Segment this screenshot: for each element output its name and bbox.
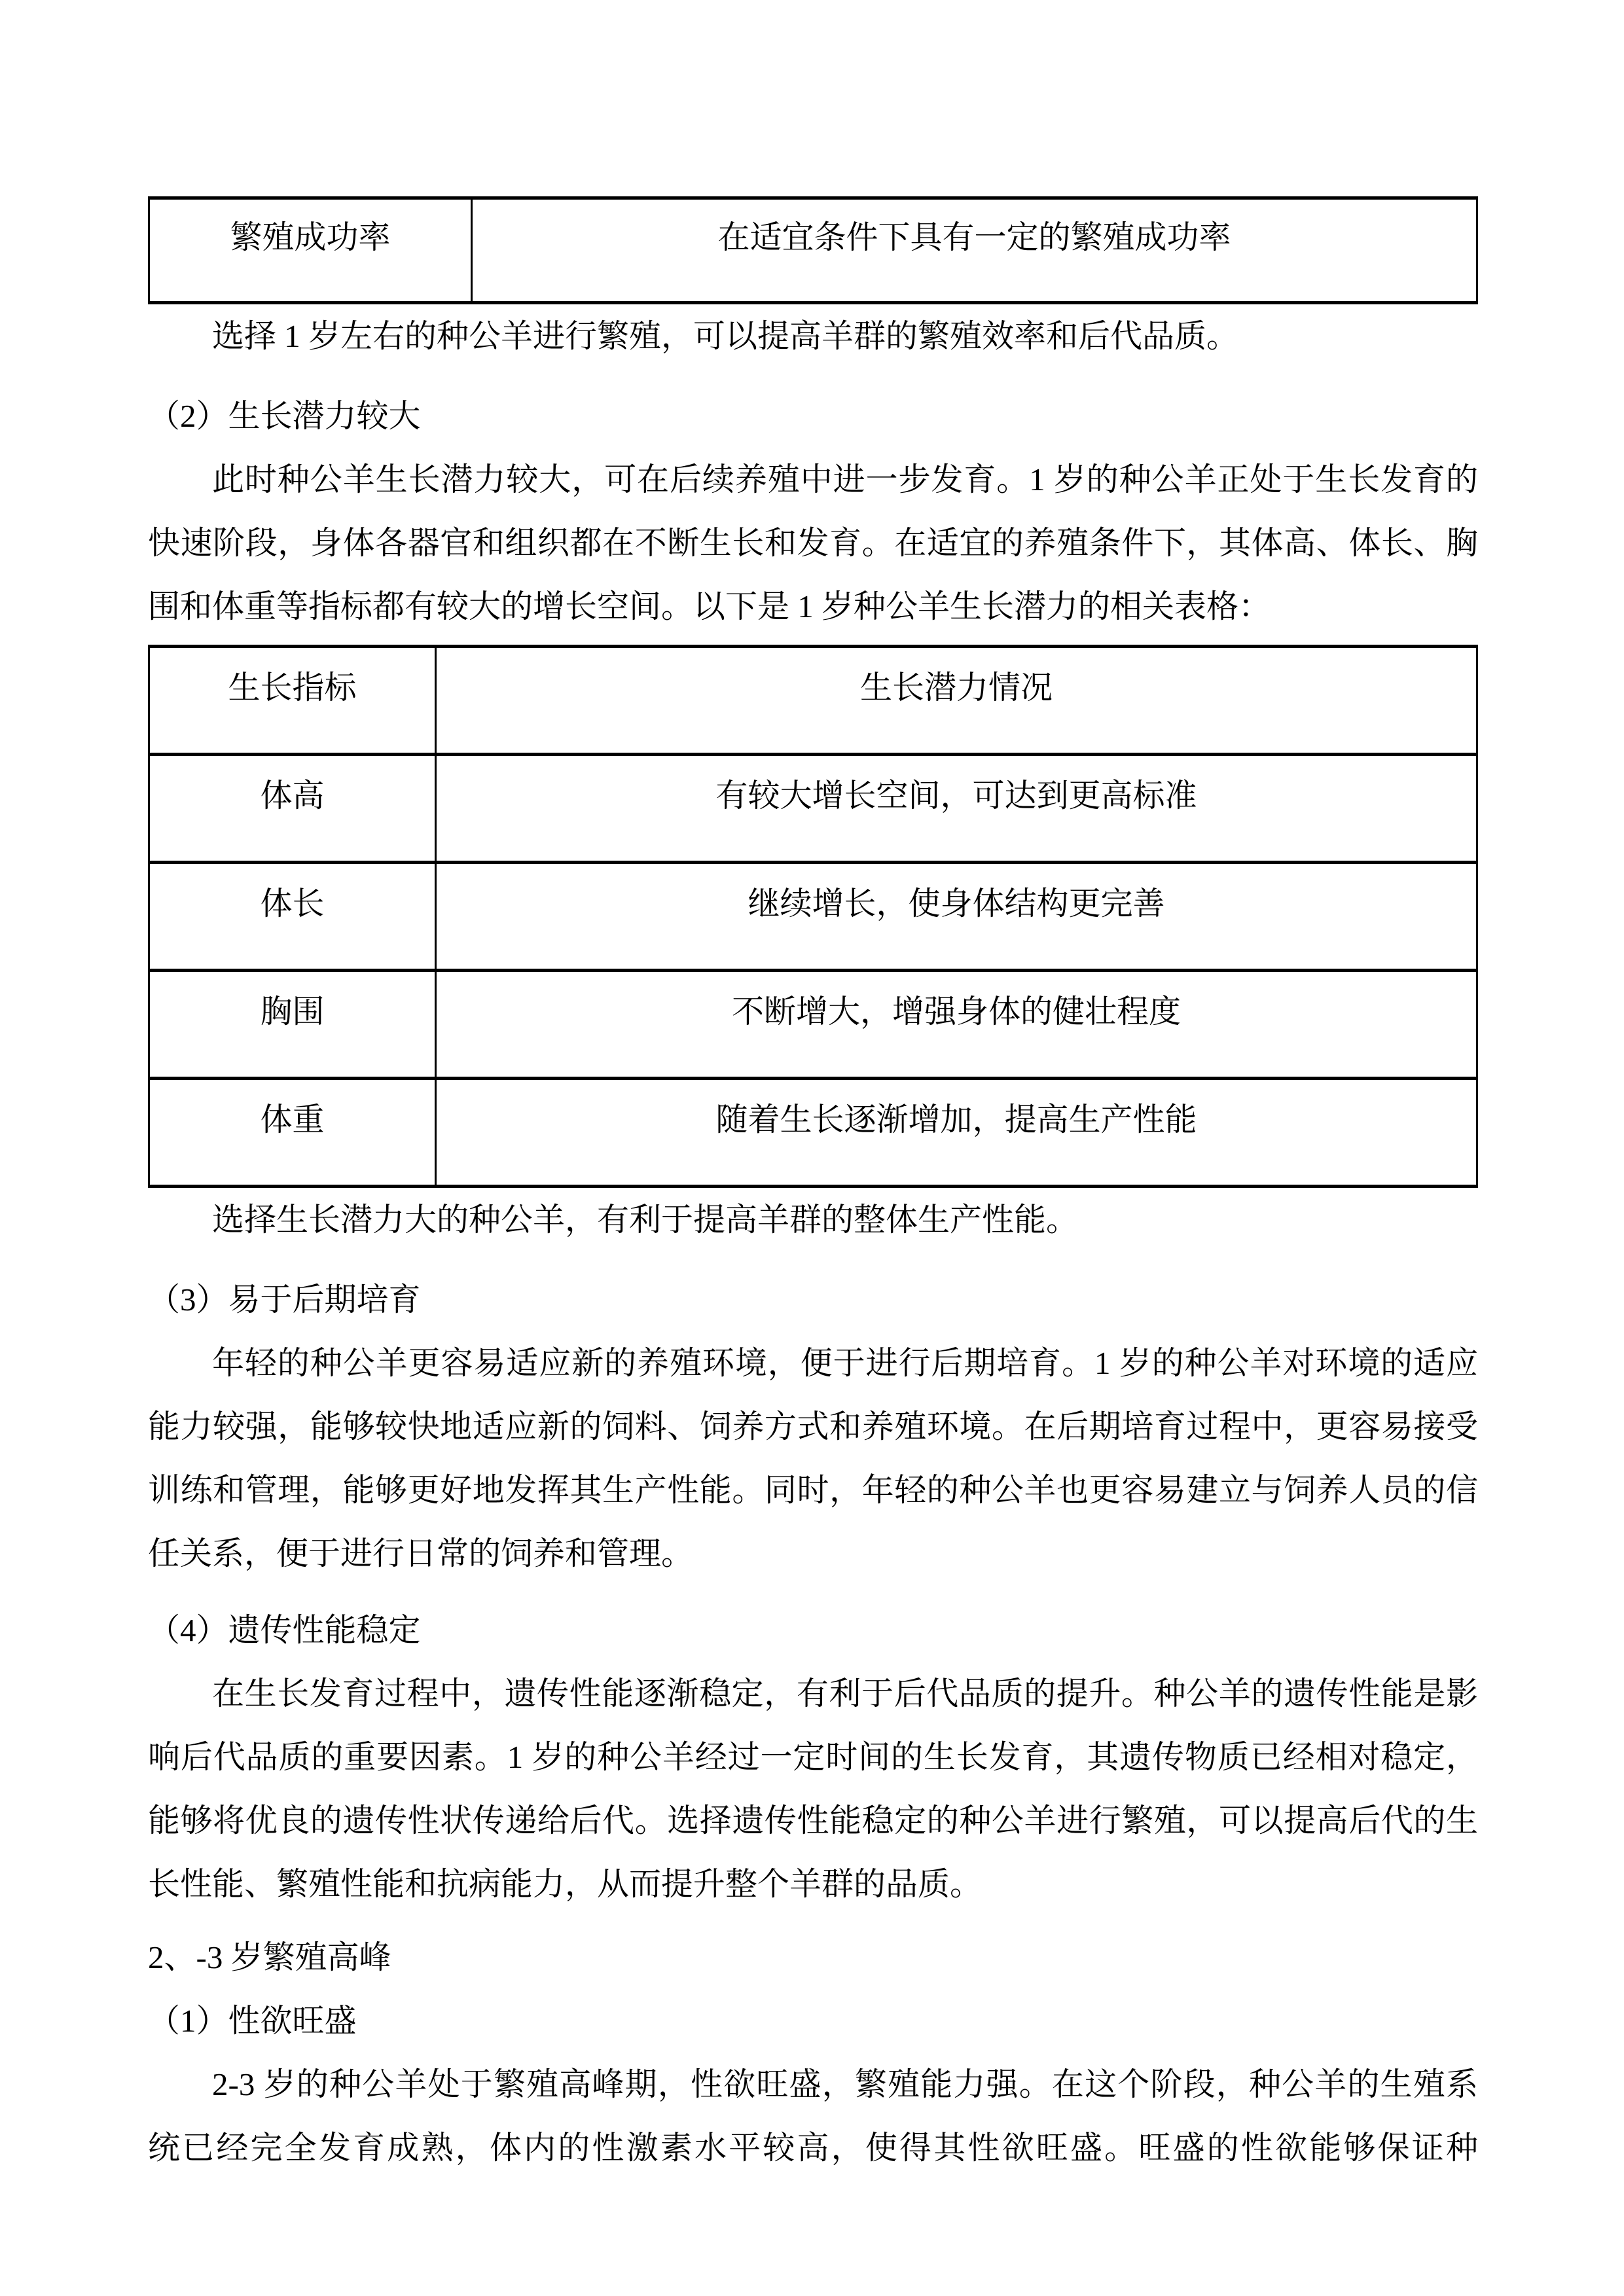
table-header-row: 生长指标 生长潜力情况 [149, 647, 1477, 755]
breeding-description-cell: 在适宜条件下具有一定的繁殖成功率 [472, 198, 1477, 303]
table-row: 体重 随着生长逐渐增加，提高生产性能 [149, 1079, 1477, 1187]
paragraph-genetic-stability: 在生长发育过程中，遗传性能逐渐稳定，有利于后代品质的提升。种公羊的遗传性能是影响… [148, 1662, 1478, 1916]
table-row: 繁殖成功率 在适宜条件下具有一定的繁殖成功率 [149, 198, 1477, 303]
growth-metric-cell: 体长 [149, 863, 436, 971]
document-content: 繁殖成功率 在适宜条件下具有一定的繁殖成功率 选择 1 岁左右的种公羊进行繁殖，… [148, 196, 1478, 2179]
growth-metric-cell: 体重 [149, 1079, 436, 1187]
paragraph-breeding-selection: 选择 1 岁左右的种公羊进行繁殖，可以提高羊群的繁殖效率和后代品质。 [148, 304, 1478, 368]
paragraph-late-cultivation: 年轻的种公羊更容易适应新的养殖环境，便于进行后期培育。1 岁的种公羊对环境的适应… [148, 1331, 1478, 1585]
growth-potential-table: 生长指标 生长潜力情况 体高 有较大增长空间，可达到更高标准 体长 继续增长，使… [148, 645, 1478, 1188]
paragraph-strong-libido: 2-3 岁的种公羊处于繁殖高峰期，性欲旺盛，繁殖能力强。在这个阶段，种公羊的生殖… [148, 2053, 1478, 2179]
paragraph-growth-selection: 选择生长潜力大的种公羊，有利于提高羊群的整体生产性能。 [148, 1188, 1478, 1251]
heading-growth-potential: （2）生长潜力较大 [148, 384, 1478, 448]
heading-late-cultivation: （3）易于后期培育 [148, 1268, 1478, 1331]
growth-description-cell: 有较大增长空间，可达到更高标准 [436, 755, 1477, 863]
heading-genetic-stability: （4）遗传性能稳定 [148, 1598, 1478, 1662]
document-page: 繁殖成功率 在适宜条件下具有一定的繁殖成功率 选择 1 岁左右的种公羊进行繁殖，… [0, 0, 1624, 2296]
heading-breeding-peak: 2、-3 岁繁殖高峰 [148, 1926, 1478, 1989]
breeding-metric-cell: 繁殖成功率 [149, 198, 472, 303]
heading-strong-libido: （1）性欲旺盛 [148, 1989, 1478, 2053]
paragraph-growth-potential: 此时种公羊生长潜力较大，可在后续养殖中进一步发育。1 岁的种公羊正处于生长发育的… [148, 448, 1478, 638]
table-row: 胸围 不断增大，增强身体的健壮程度 [149, 971, 1477, 1079]
growth-description-cell: 继续增长，使身体结构更完善 [436, 863, 1477, 971]
growth-metric-cell: 胸围 [149, 971, 436, 1079]
table-row: 体高 有较大增长空间，可达到更高标准 [149, 755, 1477, 863]
growth-description-cell: 不断增大，增强身体的健壮程度 [436, 971, 1477, 1079]
growth-description-header-cell: 生长潜力情况 [436, 647, 1477, 755]
growth-metric-header-cell: 生长指标 [149, 647, 436, 755]
growth-description-cell: 随着生长逐渐增加，提高生产性能 [436, 1079, 1477, 1187]
growth-metric-cell: 体高 [149, 755, 436, 863]
breeding-success-table: 繁殖成功率 在适宜条件下具有一定的繁殖成功率 [148, 196, 1478, 304]
table-row: 体长 继续增长，使身体结构更完善 [149, 863, 1477, 971]
